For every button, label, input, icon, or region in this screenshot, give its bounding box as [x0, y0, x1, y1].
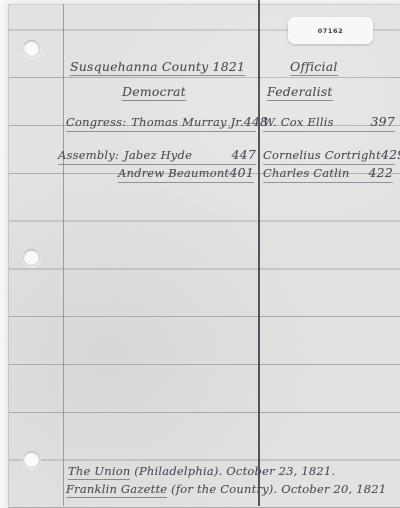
scanned-document: 07162 Susquehanna County 1821 Official D…: [0, 0, 400, 508]
catalog-sticker: 07162: [288, 17, 373, 44]
column-header-federalist: Federalist: [267, 84, 333, 101]
result-row-congress-federalist: W. Cox Ellis 397: [263, 114, 395, 132]
candidate-entry: Assembly:Jabez Hyde: [58, 148, 192, 162]
newspaper-title: The Union: [68, 464, 130, 480]
candidate-name: Cornelius Cortright: [263, 148, 381, 162]
catalog-number: 07162: [318, 27, 344, 35]
status-label: Official: [290, 59, 338, 76]
vote-count: 397: [371, 114, 395, 129]
vote-count: 401: [230, 165, 254, 180]
result-row-assembly-federalist: Cornelius Cortright 429: [263, 147, 395, 165]
binder-hole-middle: [23, 249, 40, 266]
candidate-name: Andrew Beaumont: [118, 166, 229, 180]
page-title: Susquehanna County 1821: [70, 59, 245, 76]
vote-count: 447: [232, 147, 256, 162]
vote-count: 422: [369, 165, 393, 180]
candidate-name: Thomas Murray Jr.: [131, 115, 243, 129]
center-divider-line: [258, 0, 260, 506]
result-row-congress-democrat: Congress:Thomas Murray Jr. 448: [66, 114, 256, 132]
column-header-democrat: Democrat: [122, 84, 186, 101]
office-label: Assembly:: [58, 148, 119, 162]
candidate-entry: Congress:Thomas Murray Jr.: [66, 115, 244, 129]
result-row-assembly2-democrat: Andrew Beaumont 401: [118, 165, 254, 183]
notebook-page: [8, 4, 400, 508]
candidate-name: W. Cox Ellis: [263, 115, 334, 129]
citation-detail: (for the Country). October 20, 1821: [167, 482, 386, 496]
margin-rule-line: [63, 4, 64, 506]
binder-hole-top: [23, 40, 40, 57]
source-citation-1: The Union (Philadelphia). October 23, 18…: [68, 464, 335, 478]
candidate-name: Jabez Hyde: [124, 148, 192, 162]
office-label: Congress:: [66, 115, 126, 129]
candidate-name: Charles Catlin: [263, 166, 349, 180]
result-row-assembly-democrat: Assembly:Jabez Hyde 447: [58, 147, 256, 165]
result-row-assembly2-federalist: Charles Catlin 422: [263, 165, 393, 183]
vote-count: 429: [381, 147, 400, 162]
binder-hole-bottom: [23, 451, 40, 468]
citation-detail: (Philadelphia). October 23, 1821.: [130, 464, 335, 478]
source-citation-2: Franklin Gazette (for the Country). Octo…: [66, 482, 386, 496]
newspaper-title: Franklin Gazette: [66, 482, 167, 498]
